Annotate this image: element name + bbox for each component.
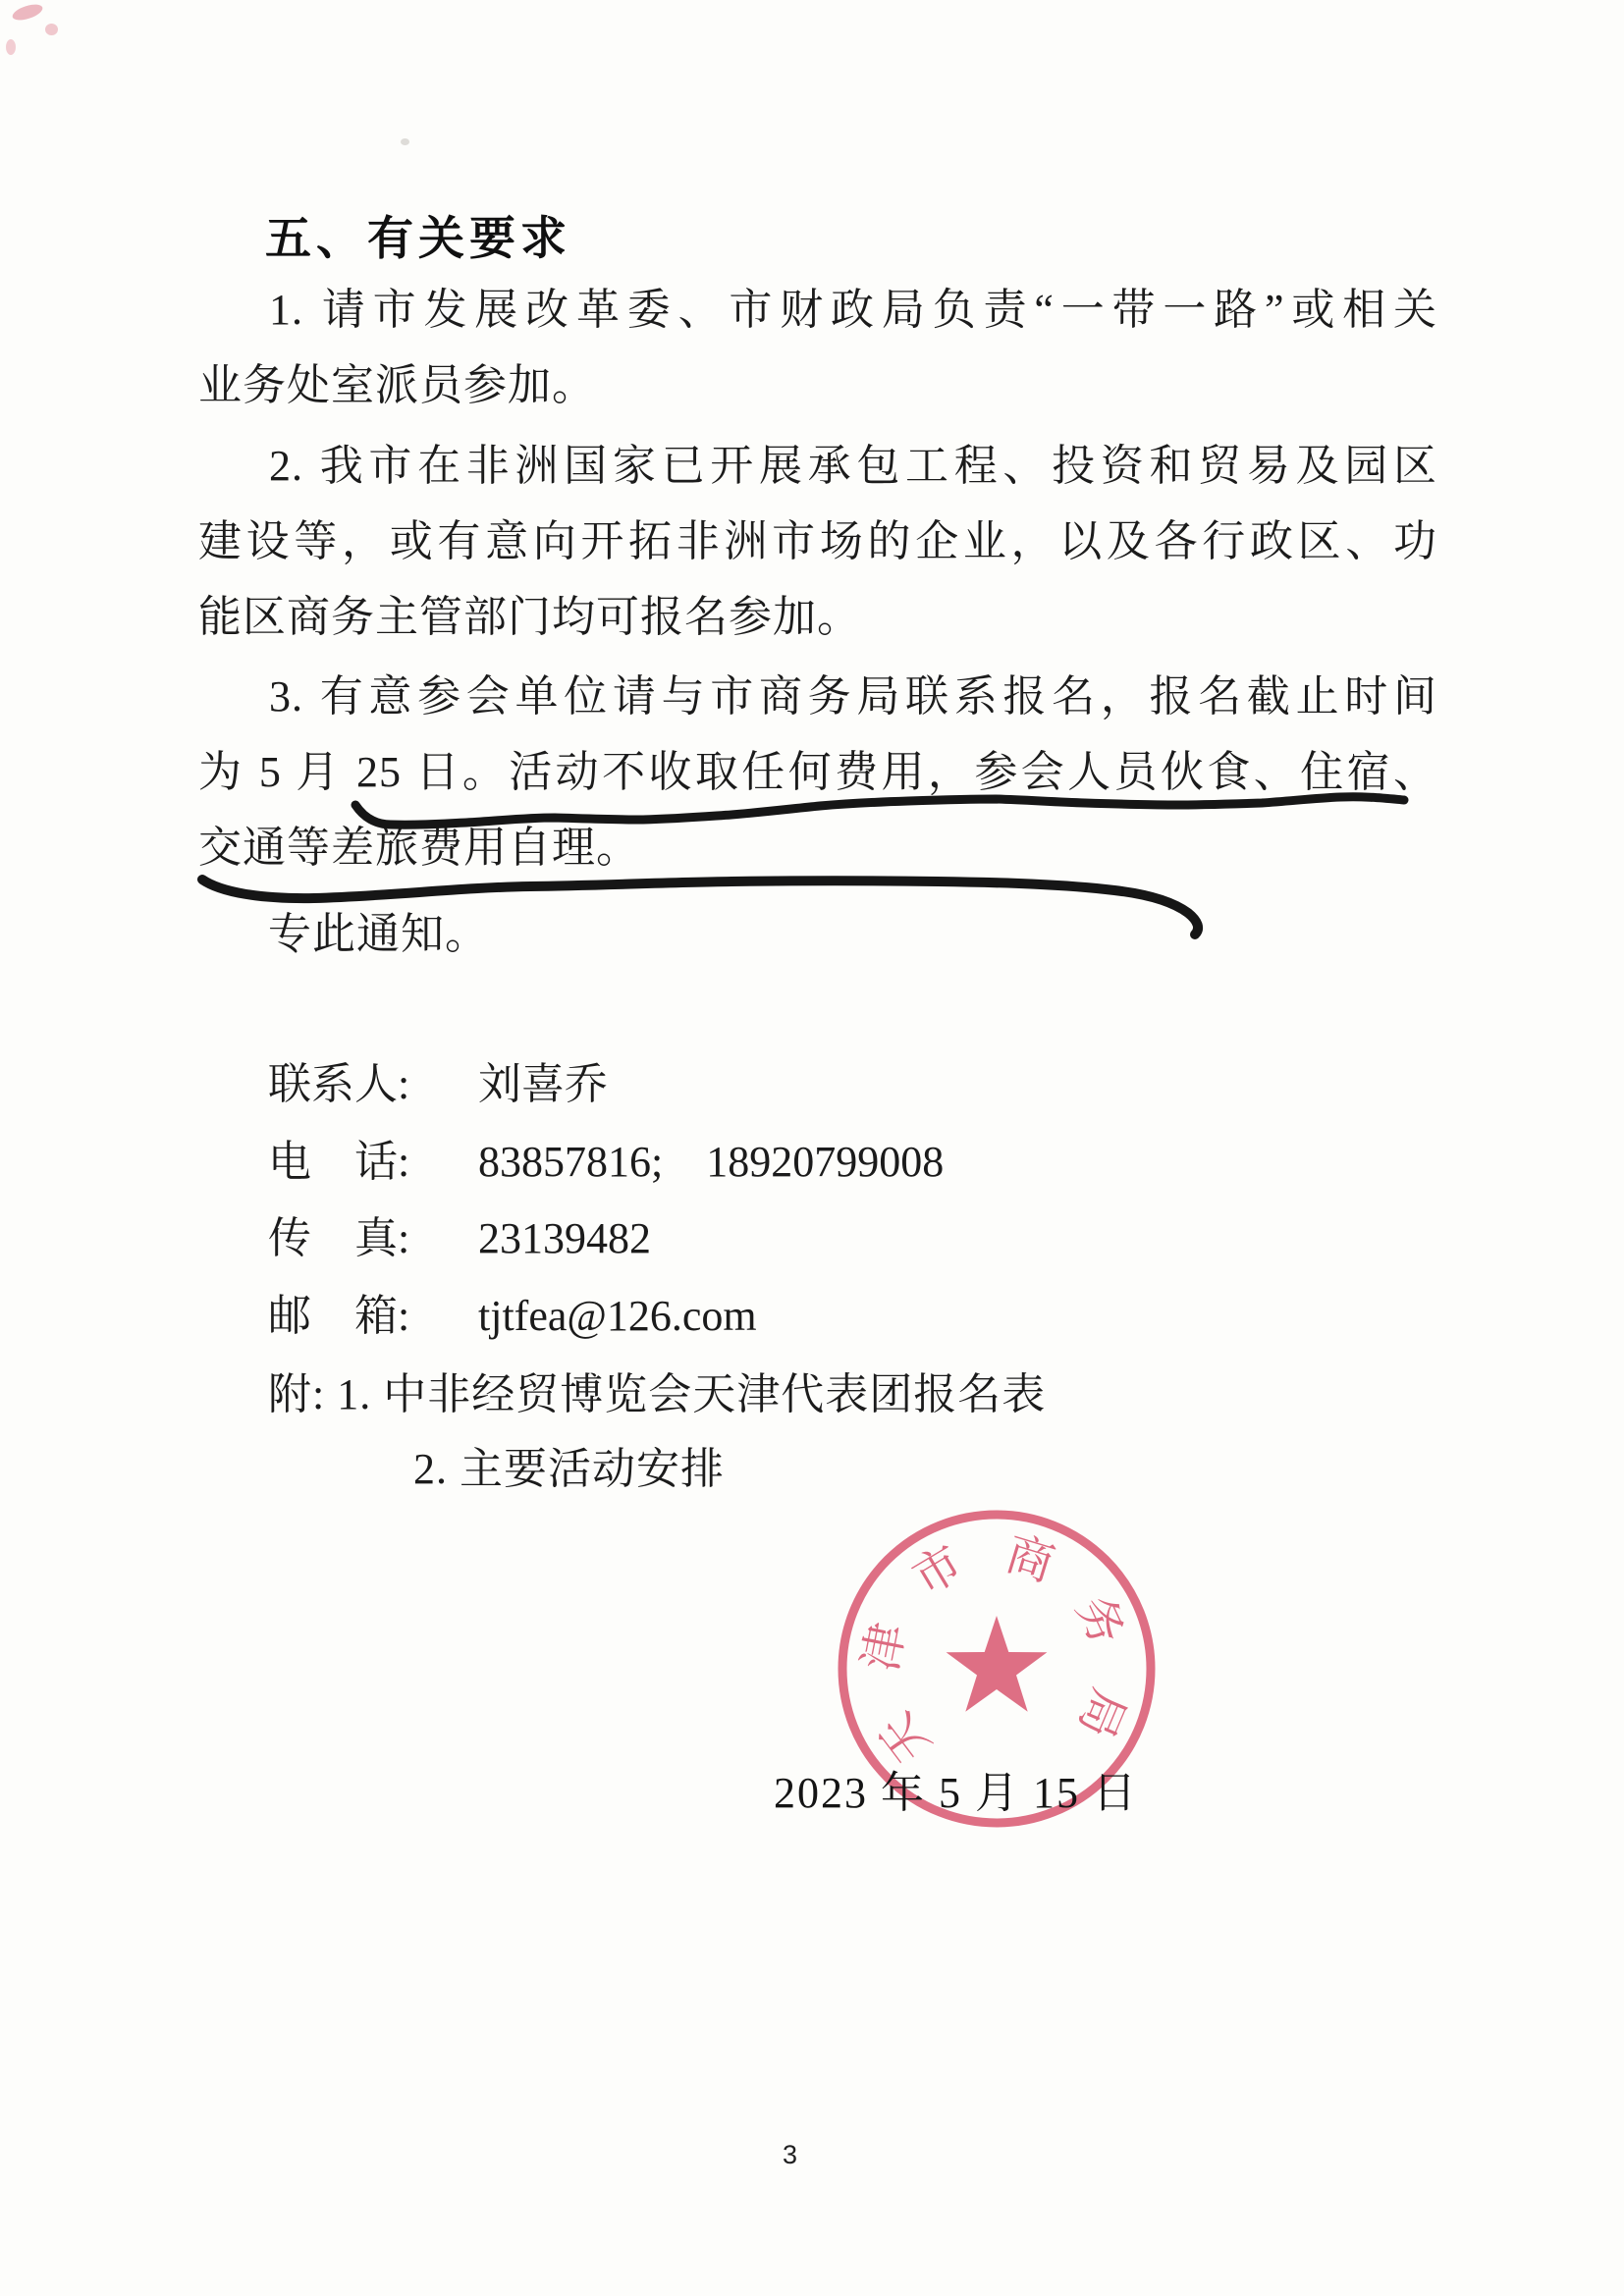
contact-phone-value: 83857816; 18920799008 <box>478 1124 944 1201</box>
scan-artifact-speck <box>45 24 58 35</box>
paragraph-1-line-2: 业务处室派员参加。 <box>198 347 1437 423</box>
paragraph-1: 1. 请市发展改革委、市财政局负责“一带一路”或相关 业务处室派员参加。 <box>198 272 1437 423</box>
section-heading: 五、有关要求 <box>265 202 571 268</box>
contact-block: 联系人: 刘喜乔 电 话: 83857816; 18920799008 传 真:… <box>268 1046 944 1355</box>
paragraph-1-line-1: 1. 请市发展改革委、市财政局负责“一带一路”或相关 <box>198 272 1437 347</box>
paragraph-2-line-1: 2. 我市在非洲国家已开展承包工程、投资和贸易及园区 <box>198 428 1437 504</box>
attachment-line-1: 附: 1. 中非经贸博览会天津代表团报名表 <box>268 1361 1046 1429</box>
closing-statement: 专此通知。 <box>268 896 489 972</box>
seal-char-ju: 局 <box>1068 1682 1135 1745</box>
paragraph-3: 3. 有意参会单位请与市商务局联系报名，报名截止时间 为 5 月 25 日。活动… <box>198 659 1437 885</box>
seal-char-jin: 津 <box>855 1619 915 1675</box>
contact-person-label: 联系人: <box>268 1046 457 1124</box>
contact-phone-label: 电 话: <box>268 1124 457 1201</box>
contact-phone-row: 电 话: 83857816; 18920799008 <box>268 1124 944 1201</box>
seal-char-shang: 商 <box>1000 1528 1059 1592</box>
paragraph-3-line-3: 交通等差旅费用自理。 <box>198 810 1437 885</box>
paragraph-3-line-1: 3. 有意参会单位请与市商务局联系报名，报名截止时间 <box>198 659 1437 734</box>
contact-email-row: 邮 箱: tjtfea@126.com <box>268 1278 944 1356</box>
contact-email-label: 邮 箱: <box>268 1278 457 1356</box>
star-icon <box>947 1616 1048 1712</box>
document-date: 2023 年 5 月 15 日 <box>774 1766 1138 1821</box>
page-number: 3 <box>783 2140 797 2170</box>
contact-fax-value: 23139482 <box>478 1201 651 1278</box>
contact-fax-label: 传 真: <box>268 1201 457 1278</box>
paragraph-2-line-3: 能区商务主管部门均可报名参加。 <box>198 579 1437 655</box>
scan-artifact-speck <box>401 138 409 145</box>
paragraph-2: 2. 我市在非洲国家已开展承包工程、投资和贸易及园区 建设等，或有意向开拓非洲市… <box>198 428 1437 655</box>
contact-fax-row: 传 真: 23139482 <box>268 1201 944 1278</box>
seal-char-shi: 市 <box>904 1537 971 1606</box>
scan-artifact-speck <box>6 39 16 55</box>
paragraph-2-line-2: 建设等，或有意向开拓非洲市场的企业，以及各行政区、功 <box>198 504 1437 579</box>
contact-person-value: 刘喜乔 <box>478 1046 608 1124</box>
seal-char-tian: 天 <box>871 1703 941 1772</box>
contact-person-row: 联系人: 刘喜乔 <box>268 1046 944 1124</box>
scanned-document-page: 五、有关要求 1. 请市发展改革委、市财政局负责“一带一路”或相关 业务处室派员… <box>0 0 1624 2296</box>
seal-char-wu: 务 <box>1066 1588 1133 1653</box>
paragraph-3-line-2: 为 5 月 25 日。活动不收取任何费用，参会人员伙食、住宿、 <box>198 734 1437 810</box>
contact-email-value: tjtfea@126.com <box>478 1278 757 1356</box>
attachment-line-2: 2. 主要活动安排 <box>413 1435 725 1504</box>
scan-artifact-speck <box>11 1 44 23</box>
